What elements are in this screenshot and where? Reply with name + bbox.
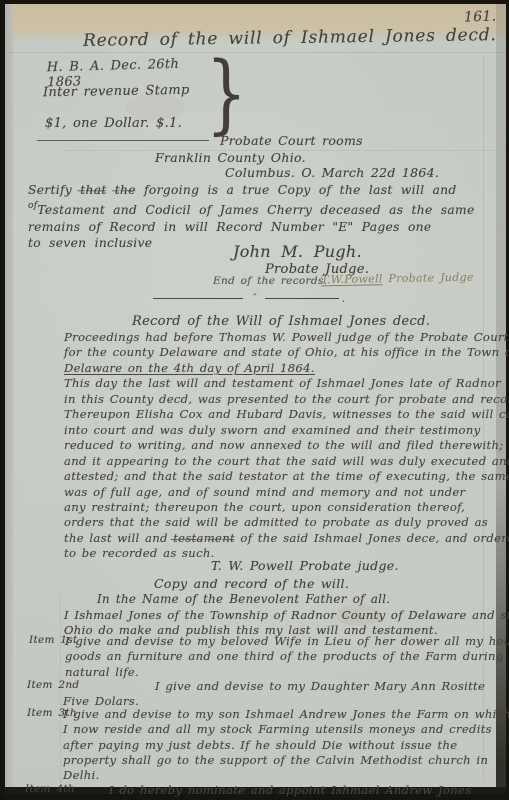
handwritten-line: I give and devise to my beloved Wife in … [65, 634, 509, 649]
probate-judge-signature: T. W. Powell Probate judge. [211, 558, 399, 573]
clerk-signature: T.W.Powell Probate Judge [321, 271, 474, 287]
line-text: Testament and Codicil of James Cherry de… [37, 203, 474, 217]
handwritten-line: natural life. [65, 665, 509, 680]
inserted-word: of [28, 201, 37, 211]
handwritten-line: in this County decd, was presented to th… [64, 392, 494, 407]
handwritten-line: I do hereby nominate and appoint Ishmael… [109, 783, 471, 798]
handwritten-line: remains of Record in will Record Number … [28, 219, 488, 235]
judge-signature: John M. Pugh. [233, 242, 362, 261]
handwritten-line: I now reside and all my stock Farming ut… [63, 722, 509, 737]
handwritten-line: orders that the said will be admitted to… [64, 515, 494, 530]
handwritten-line: after paying my just debts. If he should… [63, 738, 509, 753]
handwritten-line: This day the last will and testament of … [64, 376, 494, 391]
item-lines: I give and devise to my beloved Wife in … [65, 634, 509, 680]
stamp-note-line: $1, one Dollar. $.1. [45, 116, 182, 131]
handwritten-line: goods an furniture and one third of the … [65, 649, 509, 664]
cert-date-line: Columbus. O. March 22d 1864. [225, 165, 439, 180]
handwritten-line: any restraint; thereupon the court, upon… [64, 500, 494, 515]
handwritten-line: I give and devise to my Daughter Mary An… [155, 679, 485, 694]
handwritten-line: and it appearing to the court that the s… [64, 454, 494, 469]
handwritten-line: into court and was duly sworn and examin… [64, 423, 494, 438]
ditto-mark: ″ [253, 293, 257, 304]
handwritten-line: I give and devise to my son Ishmael Andr… [63, 707, 509, 722]
handwritten-line: for the county Delaware and state of Ohi… [64, 345, 494, 360]
handwritten-line: property shall go to the support of the … [63, 753, 509, 768]
cert-place-line: Probate Court rooms [220, 133, 363, 148]
handwritten-line: Proceedings had before Thomas W. Powell … [64, 330, 494, 345]
will-heading: Copy and record of the will. [154, 576, 349, 591]
scanned-document: 161. Record of the will of Ishmael Jones… [0, 0, 509, 800]
divider-stroke [265, 298, 339, 299]
handwritten-line: ofTestament and Codicil of James Cherry … [28, 198, 488, 218]
crease-line [9, 52, 506, 53]
brace-mark: } [206, 46, 247, 142]
section-divider: ″ . [153, 292, 353, 305]
cert-place-line: Franklin County Ohio. [155, 150, 306, 165]
handwritten-line: Sertify t̶h̶a̶t̶ t̶h̶e̶ forgoing is a tr… [28, 182, 488, 198]
handwritten-line: Delhi. [63, 768, 509, 783]
stamp-note-line: Inter revenue Stamp [43, 83, 190, 101]
item-lines: I give and devise to my son Ishmael Andr… [63, 707, 509, 783]
clerk-title: Probate Judge [383, 271, 474, 286]
item-lines: I do hereby nominate and appoint Ishmael… [61, 783, 471, 798]
clerk-name: T.W.Powell [321, 272, 383, 286]
handwritten-line: reduced to writing, and now annexed to t… [64, 438, 494, 453]
underline-stroke [37, 140, 209, 141]
record-heading: Record of the Will of Ishmael Jones decd… [132, 314, 430, 329]
left-page-edge [5, 4, 14, 794]
page-number: 161. [463, 8, 496, 25]
ledger-page: 161. Record of the will of Ishmael Jones… [5, 4, 506, 794]
item-lines: I give and devise to my Daughter Mary An… [63, 679, 485, 710]
end-of-records-note: End of the records. [213, 275, 327, 287]
divider-stroke [153, 298, 243, 299]
handwritten-line: attested; and that the said testator at … [64, 469, 494, 484]
handwritten-line: Delaware on the 4th day of April 1864. [64, 361, 494, 376]
handwritten-line: the last will and t̶e̶s̶t̶a̶m̶e̶n̶t̶ of … [64, 531, 494, 546]
handwritten-line: was of full age, and of sound mind and m… [64, 485, 494, 500]
will-invocation: In the Name of the Benevolent Father of … [97, 592, 390, 606]
divider-dot: . [342, 292, 346, 305]
probate-record-paragraph: Proceedings had before Thomas W. Powell … [64, 330, 494, 562]
handwritten-line: Thereupon Elisha Cox and Hubard Davis, w… [64, 407, 494, 422]
handwritten-line: I Ishmael Jones of the Township of Radno… [64, 608, 494, 623]
